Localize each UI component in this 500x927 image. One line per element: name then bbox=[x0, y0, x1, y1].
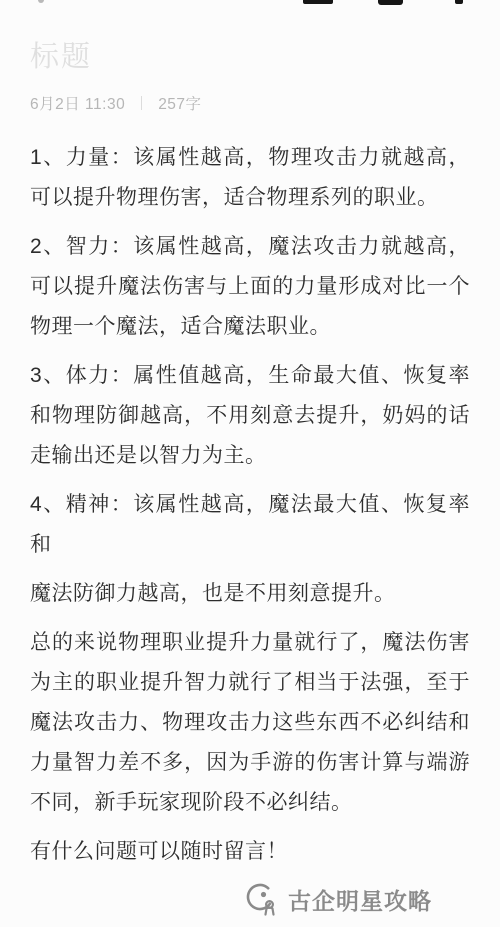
note-paragraph[interactable]: 总的来说物理职业提升力量就行了，魔法伤害为主的职业提升智力就行了相当于法强，至于… bbox=[30, 623, 470, 823]
note-editor-screen: 标题 6月2日 11:30 257字 1、力量：该属性越高，物理攻击力就越高，可… bbox=[0, 0, 500, 927]
note-paragraph[interactable]: 1、力量：该属性越高，物理攻击力就越高，可以提升物理伤害，适合物理系列的职业。 bbox=[30, 138, 470, 218]
watermark-label: 古企明星攻略 bbox=[288, 883, 432, 916]
back-icon-partial[interactable] bbox=[38, 0, 44, 3]
meta-divider bbox=[141, 96, 142, 110]
redo-icon-partial[interactable] bbox=[378, 0, 403, 5]
note-title-input[interactable]: 标题 bbox=[30, 38, 470, 76]
note-paragraph[interactable]: 有什么问题可以随时留言！ bbox=[30, 832, 470, 872]
creator-badge-icon bbox=[245, 881, 279, 917]
note-meta: 6月2日 11:30 257字 bbox=[30, 92, 470, 114]
note-paragraph[interactable]: 魔法防御力越高，也是不用刻意提升。 bbox=[30, 574, 470, 614]
more-icon-partial[interactable] bbox=[455, 0, 463, 4]
watermark: 古企明星攻略 bbox=[30, 881, 432, 917]
note-paragraph[interactable]: 4、精神：该属性越高，魔法最大值、恢复率和 bbox=[30, 485, 470, 565]
note-date: 6月2日 11:30 bbox=[30, 92, 125, 114]
note-body[interactable]: 1、力量：该属性越高，物理攻击力就越高，可以提升物理伤害，适合物理系列的职业。2… bbox=[30, 138, 470, 872]
note-paragraph[interactable]: 3、体力：属性值越高，生命最大值、恢复率和物理防御越高，不用刻意去提升，奶妈的话… bbox=[30, 356, 470, 476]
note-char-count: 257字 bbox=[158, 92, 201, 114]
note-paragraph[interactable]: 2、智力：该属性越高，魔法攻击力就越高，可以提升魔法伤害与上面的力量形成对比一个… bbox=[30, 227, 470, 347]
undo-icon-partial[interactable] bbox=[303, 0, 333, 4]
